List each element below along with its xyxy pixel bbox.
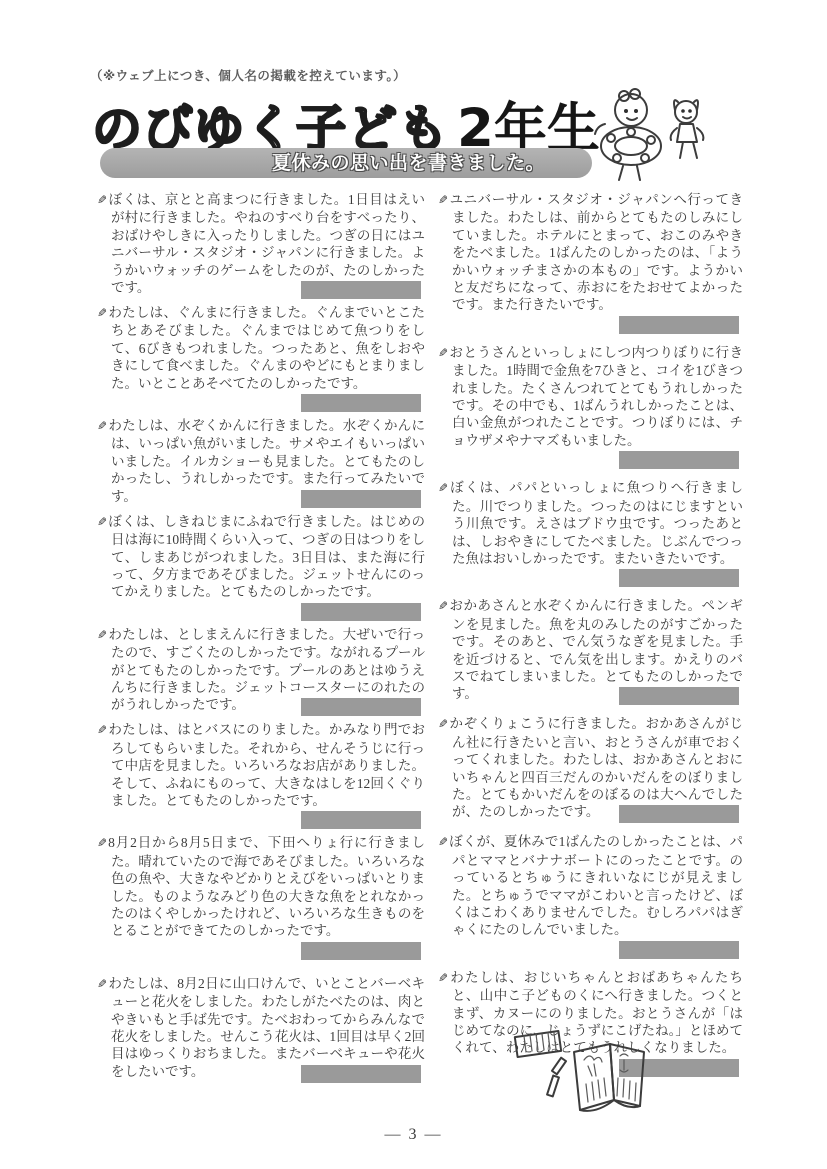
redacted-name-box xyxy=(619,569,739,587)
subtitle-banner: 夏休みの思い出を書きました。 xyxy=(100,148,592,178)
pencil-bullet-icon: ✎ xyxy=(97,514,107,531)
entry-text: ユニバーサル・スタジオ・ジャパンへ行ってきました。わたしは、前からとてもたのしみ… xyxy=(449,192,743,312)
redacted-name-box xyxy=(301,394,421,412)
diary-entry: ✎ぼくは、京とと高まつに行きました。1日目はえいが村に行きました。やねのすべり台… xyxy=(97,191,425,299)
redacted-name-box xyxy=(301,942,421,960)
left-column: ✎ぼくは、京とと高まつに行きました。1日目はえいが村に行きました。やねのすべり台… xyxy=(97,191,425,1088)
diary-entry: ✎かぞくりょこうに行きました。おかあさんがじん社に行きたいと言い、おとうさんが車… xyxy=(438,715,743,823)
diary-entry: ✎わたしは、としまえんに行きました。大ぜいで行ったので、すごくたのしかったです。… xyxy=(97,626,425,717)
pencil-bullet-icon: ✎ xyxy=(97,722,107,739)
diary-entry: ✎ユニバーサル・スタジオ・ジャパンへ行ってきました。わたしは、前からとてもたのし… xyxy=(438,191,743,334)
diary-entry: ✎わたしは、水ぞくかんに行きました。水ぞくかんには、いっぱい魚がいました。サメや… xyxy=(97,417,425,508)
diary-entry: ✎おかあさんと水ぞくかんに行きました。ペンギンを見ました。魚を丸のみしたのがすご… xyxy=(438,597,743,705)
entries-area: ✎ぼくは、京とと高まつに行きました。1日目はえいが村に行きました。やねのすべり台… xyxy=(97,191,743,1088)
redacted-name-box xyxy=(619,316,739,334)
entry-text: おかあさんと水ぞくかんに行きました。ペンギンを見ました。魚を丸のみしたのがすごか… xyxy=(449,598,743,701)
pencil-bullet-icon: ✎ xyxy=(438,480,448,497)
diary-entry: ✎わたしは、はとバスにのりました。かみなり門でおろしてもらいました。それから、せ… xyxy=(97,721,425,829)
diary-entry: ✎おとうさんといっしょにしつ内つりぼりに行きました。1時間で金魚を7ひきと、コイ… xyxy=(438,344,743,469)
entry-text: おとうさんといっしょにしつ内つりぼりに行きました。1時間で金魚を7ひきと、コイを… xyxy=(449,345,743,448)
redacted-name-box xyxy=(619,687,739,705)
pencil-bullet-icon: ✎ xyxy=(438,598,448,615)
redacted-name-box xyxy=(301,698,421,716)
newsletter-page: { "page": { "note": "（※ウェブ上につき、個人名の掲載を控え… xyxy=(0,0,827,1169)
pencil-bullet-icon: ✎ xyxy=(97,627,107,644)
subtitle-text: 夏休みの思い出を書きました。 xyxy=(100,148,592,178)
pencil-bullet-icon: ✎ xyxy=(438,192,448,209)
diary-entry: ✎8月2日から8月5日まで、下田へりょ行に行きました。晴れていたので海であそびま… xyxy=(97,834,425,959)
pencil-bullet-icon: ✎ xyxy=(97,418,107,435)
entry-text: かぞくりょこうに行きました。おかあさんがじん社に行きたいと言い、おとうさんが車で… xyxy=(449,716,743,819)
pencil-bullet-icon: ✎ xyxy=(97,192,107,209)
privacy-note: （※ウェブ上につき、個人名の掲載を控えています。） xyxy=(90,66,406,84)
entry-text: 8月2日から8月5日まで、下田へりょ行に行きました。晴れていたので海であそびまし… xyxy=(108,835,425,938)
swimming-kids-illustration xyxy=(583,84,713,191)
diary-entry: ✎ぼくが、夏休みで1ばんたのしかったことは、パパとママとバナナボートにのったこと… xyxy=(438,833,743,958)
pencil-bullet-icon: ✎ xyxy=(97,305,107,322)
redacted-name-box xyxy=(619,941,739,959)
redacted-name-box xyxy=(301,811,421,829)
entry-text: ぼくは、京とと高まつに行きました。1日目はえいが村に行きました。やねのすべり台を… xyxy=(108,192,425,295)
diary-entry: ✎ぼくは、しきねじまにふねで行きました。はじめの日は海に10時間くらい入って、つ… xyxy=(97,513,425,621)
pencil-bullet-icon: ✎ xyxy=(438,716,448,733)
redacted-name-box xyxy=(301,603,421,621)
pencil-bullet-icon: ✎ xyxy=(438,834,448,851)
redacted-name-box xyxy=(301,281,421,299)
pencil-bullet-icon: ✎ xyxy=(97,976,107,993)
pencil-bullet-icon: ✎ xyxy=(97,835,107,852)
entry-text: わたしは、はとバスにのりました。かみなり門でおろしてもらいました。それから、せん… xyxy=(108,722,425,808)
entry-text: わたしは、8月2日に山口けんで、いとことバーベキューと花火をしました。わたしがた… xyxy=(108,976,425,1079)
entry-text: ぼくは、しきねじまにふねで行きました。はじめの日は海に10時間くらい入って、つぎ… xyxy=(108,514,425,600)
picture-diary-illustration xyxy=(498,1026,658,1131)
diary-entry: ✎わたしは、ぐんまに行きました。ぐんまでいとこたちとあそびました。ぐんまではじめ… xyxy=(97,304,425,412)
page-number: — 3 — xyxy=(0,1126,827,1144)
redacted-name-box xyxy=(619,451,739,469)
pencil-bullet-icon: ✎ xyxy=(438,970,448,987)
entry-text: ぼくが、夏休みで1ばんたのしかったことは、パパとママとバナナボートにのったことで… xyxy=(449,834,743,937)
redacted-name-box xyxy=(301,1065,421,1083)
entry-text: わたしは、ぐんまに行きました。ぐんまでいとこたちとあそびました。ぐんまではじめて… xyxy=(108,305,425,391)
diary-entry: ✎わたしは、8月2日に山口けんで、いとことバーベキューと花火をしました。わたしが… xyxy=(97,975,425,1083)
diary-entry: ✎ぼくは、パパといっしょに魚つりへ行きました。川でつりました。つったのはにじます… xyxy=(438,479,743,587)
entry-text: ぼくは、パパといっしょに魚つりへ行きました。川でつりました。つったのはにじますと… xyxy=(449,480,743,566)
redacted-name-box xyxy=(619,805,739,823)
right-column: ✎ユニバーサル・スタジオ・ジャパンへ行ってきました。わたしは、前からとてもたのし… xyxy=(438,191,743,1087)
redacted-name-box xyxy=(301,490,421,508)
pencil-bullet-icon: ✎ xyxy=(438,345,448,362)
